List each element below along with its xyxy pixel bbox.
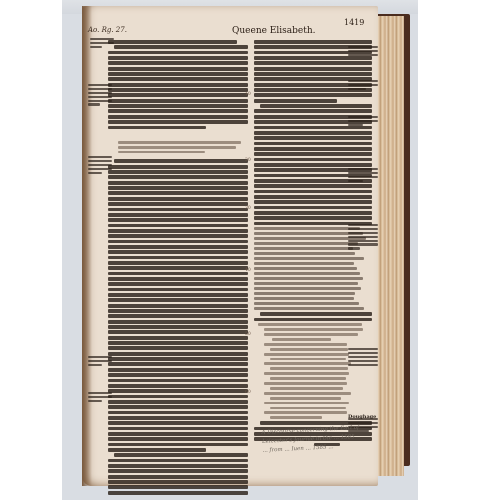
book-page: Ao. Rg. 27. Queene Elisabeth. 1419 xyxy=(82,6,378,486)
margin-note-left-1 xyxy=(90,38,114,50)
margin-note-left-5 xyxy=(88,392,112,404)
margin-note-right-5 xyxy=(348,224,378,251)
left-column xyxy=(108,40,248,496)
catchword: Doughage xyxy=(348,414,376,420)
margin-note-left-4 xyxy=(88,356,112,368)
margin-note-right-4 xyxy=(348,168,378,184)
margin-note-right-2 xyxy=(348,80,378,92)
margin-note-right-3 xyxy=(348,116,378,128)
italic-proclamation-note xyxy=(108,141,248,154)
line-number: 40 xyxy=(245,268,251,273)
margin-note-right-1 xyxy=(348,46,378,58)
line-number: 50 xyxy=(245,332,251,337)
margin-note-left-3 xyxy=(88,156,112,175)
margin-note-right-6 xyxy=(348,348,378,367)
margin-note-left-2 xyxy=(88,84,112,107)
line-number: 10 xyxy=(245,92,251,97)
line-number: 20 xyxy=(245,158,251,163)
handwritten-annotation: A Discourse concerning the Earl of Leice… xyxy=(261,423,374,456)
book-photograph: Ao. Rg. 27. Queene Elisabeth. 1419 xyxy=(62,0,418,500)
page-title: Queene Elisabeth. xyxy=(232,26,315,36)
page-number: 1419 xyxy=(344,18,364,27)
line-number: 60 xyxy=(245,390,251,395)
gutter-shadow xyxy=(82,6,92,486)
running-head-left: Ao. Rg. 27. xyxy=(88,26,127,34)
page-fore-edge xyxy=(374,16,404,476)
latin-verse xyxy=(254,323,372,419)
line-number: 30 xyxy=(245,206,251,211)
